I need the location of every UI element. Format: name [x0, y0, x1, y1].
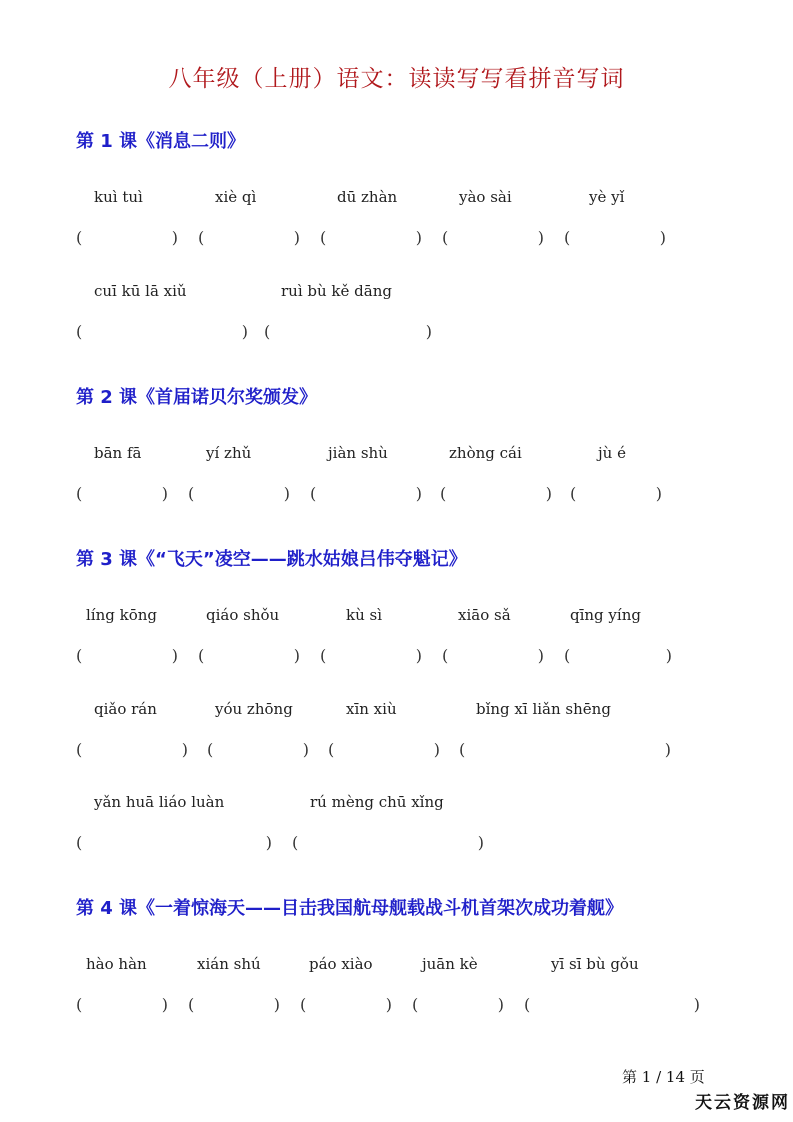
- answer-blank[interactable]: (): [412, 995, 504, 1017]
- answer-blank[interactable]: (): [292, 833, 484, 855]
- lesson-3-heading: 第 3 课《“飞天”凌空——跳水姑娘吕伟夺魁记》: [76, 545, 467, 571]
- page-title: 八年级（上册）语文：读读写写看拼音写词: [0, 60, 793, 93]
- answer-blank[interactable]: (): [310, 484, 422, 506]
- answer-blank[interactable]: (): [207, 740, 309, 762]
- answer-blank[interactable]: (): [188, 995, 280, 1017]
- answer-blank[interactable]: (): [524, 995, 700, 1017]
- lesson-1-heading: 第 1 课《消息二则》: [76, 127, 245, 153]
- pinyin-item: xiè qì: [215, 188, 256, 206]
- pinyin-row: kuì tuì xiè qì dū zhàn yào sài yè yǐ: [0, 188, 793, 212]
- answer-blank[interactable]: (): [76, 484, 168, 506]
- pinyin-item: rú mèng chū xǐng: [310, 793, 444, 811]
- answer-blank[interactable]: (): [564, 646, 672, 668]
- pinyin-item: hào hàn: [86, 955, 147, 973]
- answer-blank[interactable]: (): [264, 322, 432, 344]
- pinyin-item: qīng yíng: [570, 606, 641, 624]
- answer-blank[interactable]: (): [76, 833, 272, 855]
- answer-blank[interactable]: (): [459, 740, 671, 762]
- pinyin-item: yào sài: [459, 188, 512, 206]
- pinyin-item: bǐng xī liǎn shēng: [476, 700, 611, 718]
- pinyin-item: dū zhàn: [337, 188, 397, 206]
- pinyin-item: jiàn shù: [328, 444, 388, 462]
- answer-blank[interactable]: (): [440, 484, 552, 506]
- answer-row: () (): [0, 322, 793, 346]
- lesson-4-heading: 第 4 课《一着惊海天——目击我国航母舰载战斗机首架次成功着舰》: [76, 894, 623, 920]
- answer-row: () () () () (): [0, 484, 793, 508]
- pinyin-item: xián shú: [197, 955, 261, 973]
- answer-blank[interactable]: (): [76, 228, 178, 250]
- answer-blank[interactable]: (): [442, 646, 544, 668]
- answer-blank[interactable]: (): [198, 228, 300, 250]
- answer-blank[interactable]: (): [300, 995, 392, 1017]
- answer-blank[interactable]: (): [564, 228, 666, 250]
- pinyin-item: ruì bù kě dāng: [281, 282, 392, 300]
- answer-blank[interactable]: (): [320, 228, 422, 250]
- answer-row: () () () () (): [0, 228, 793, 252]
- answer-blank[interactable]: (): [76, 740, 188, 762]
- pinyin-item: xīn xiù: [346, 700, 397, 718]
- answer-blank[interactable]: (): [76, 646, 178, 668]
- pinyin-item: páo xiào: [309, 955, 373, 973]
- answer-blank[interactable]: (): [76, 995, 168, 1017]
- answer-row: () () () () (): [0, 995, 793, 1019]
- answer-blank[interactable]: (): [320, 646, 422, 668]
- answer-row: () () () () (): [0, 646, 793, 670]
- answer-blank[interactable]: (): [188, 484, 290, 506]
- answer-blank[interactable]: (): [76, 322, 248, 344]
- answer-blank[interactable]: (): [328, 740, 440, 762]
- answer-blank[interactable]: (): [198, 646, 300, 668]
- pinyin-item: yóu zhōng: [215, 700, 293, 718]
- pinyin-item: kuì tuì: [94, 188, 143, 206]
- watermark: 天云资源网: [695, 1088, 790, 1113]
- pinyin-item: bān fā: [94, 444, 141, 462]
- answer-row: () () () (): [0, 740, 793, 764]
- pinyin-row: líng kōng qiáo shǒu kù sì xiāo sǎ qīng y…: [0, 606, 793, 630]
- pinyin-item: qiáo shǒu: [206, 606, 279, 624]
- pinyin-item: zhòng cái: [449, 444, 522, 462]
- pinyin-row: bān fā yí zhǔ jiàn shù zhòng cái jù é: [0, 444, 793, 468]
- pinyin-item: qiǎo rán: [94, 700, 157, 718]
- answer-blank[interactable]: (): [442, 228, 544, 250]
- pinyin-item: xiāo sǎ: [458, 606, 511, 624]
- pinyin-item: yè yǐ: [589, 188, 624, 206]
- pinyin-item: yí zhǔ: [206, 444, 251, 462]
- pinyin-row: yǎn huā liáo luàn rú mèng chū xǐng: [0, 793, 793, 817]
- pinyin-item: líng kōng: [86, 606, 157, 624]
- lesson-2-heading: 第 2 课《首届诺贝尔奖颁发》: [76, 383, 317, 409]
- pinyin-item: kù sì: [346, 606, 382, 624]
- pinyin-row: cuī kū lā xiǔ ruì bù kě dāng: [0, 282, 793, 306]
- pinyin-item: yī sī bù gǒu: [551, 955, 639, 973]
- pinyin-item: yǎn huā liáo luàn: [94, 793, 224, 811]
- pinyin-item: jù é: [598, 444, 626, 462]
- pinyin-item: juān kè: [422, 955, 478, 973]
- pinyin-row: qiǎo rán yóu zhōng xīn xiù bǐng xī liǎn …: [0, 700, 793, 724]
- answer-blank[interactable]: (): [570, 484, 662, 506]
- pinyin-item: cuī kū lā xiǔ: [94, 282, 187, 300]
- pinyin-row: hào hàn xián shú páo xiào juān kè yī sī …: [0, 955, 793, 979]
- page-number: 第 1 / 14 页: [622, 1066, 705, 1087]
- answer-row: () (): [0, 833, 793, 857]
